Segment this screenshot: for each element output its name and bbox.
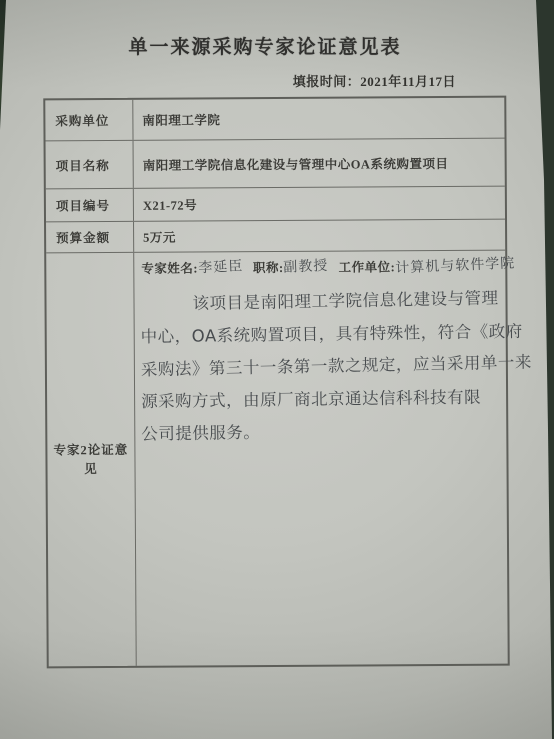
budget-label: 预算金额: [46, 222, 134, 253]
opinion-line: 该项目是南阳理工学院信息化建设与管理: [140, 282, 499, 321]
expert-name-label: 专家姓名:: [141, 261, 198, 275]
expert-title-label: 职称:: [253, 261, 284, 275]
expert-info-line: 专家姓名:李延臣职称:副教授工作单位:计算机与软件学院: [141, 256, 501, 278]
expert-opinion-label: 专家2论证意见: [46, 253, 137, 667]
table-row-project-name: 项目名称 南阳理工学院信息化建设与管理中心OA系统购置项目: [46, 139, 505, 190]
opinion-line: 采购法》第三十一条第一款之规定，应当采用单一来: [141, 347, 500, 387]
table-row-budget: 预算金额 5万元: [46, 220, 505, 254]
project-name-value: 南阳理工学院信息化建设与管理中心OA系统购置项目: [134, 139, 505, 188]
expert-unit-label: 工作单位:: [339, 260, 396, 274]
table-row-purchaser: 采购单位 南阳理工学院: [45, 98, 504, 142]
expert-opinion-cell: 专家姓名:李延臣职称:副教授工作单位:计算机与软件学院 该项目是南阳理工学院信息…: [134, 251, 508, 666]
form-table: 采购单位 南阳理工学院 项目名称 南阳理工学院信息化建设与管理中心OA系统购置项…: [43, 96, 509, 669]
form-title: 单一来源采购专家论证意见表: [0, 32, 530, 59]
photographed-document: 单一来源采购专家论证意见表 填报时间：2021年11月17日 采购单位 南阳理工…: [0, 0, 554, 739]
budget-value: 5万元: [134, 220, 505, 252]
purchaser-label: 采购单位: [45, 100, 133, 141]
opinion-line: 源采购方式，由原厂商北京通达信科科技有限: [141, 381, 499, 418]
table-row-project-number: 项目编号 X21-72号: [46, 187, 505, 223]
project-number-value: X21-72号: [134, 187, 505, 221]
project-number-label: 项目编号: [46, 189, 134, 222]
purchaser-value: 南阳理工学院: [133, 98, 504, 140]
opinion-line: 公司提供服务。: [141, 413, 499, 451]
handwritten-opinion: 该项目是南阳理工学院信息化建设与管理 中心，OA系统购置项目，具有特殊性，符合《…: [140, 285, 499, 450]
paper-sheet: 单一来源采购专家论证意见表 填报时间：2021年11月17日 采购单位 南阳理工…: [0, 0, 554, 739]
project-name-label: 项目名称: [46, 141, 134, 189]
table-row-expert-opinion: 专家2论证意见 专家姓名:李延臣职称:副教授工作单位:计算机与软件学院 该项目是…: [46, 251, 508, 667]
expert-unit-handwritten: 计算机与软件学院: [395, 252, 516, 277]
expert-title-handwritten: 副教授: [283, 255, 329, 277]
report-date: 填报时间：2021年11月17日: [293, 71, 456, 90]
expert-name-handwritten: 李延臣: [198, 255, 244, 277]
